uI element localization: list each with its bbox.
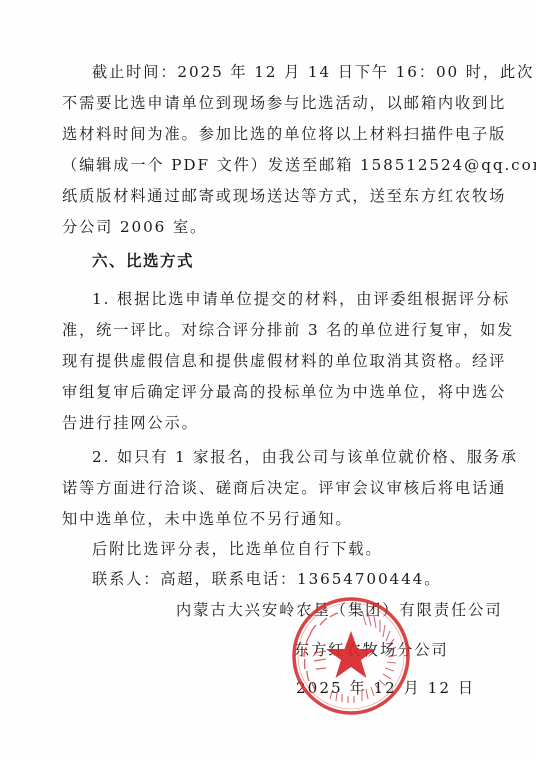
deadline-line-2: 不需要比选申请单位到现场参与比选活动，以邮箱内收到比	[62, 93, 474, 113]
item-1-line-4: 审组复审后确定评分最高的投标单位为中选单位，将中选公	[62, 382, 474, 402]
item-2-line-2: 诺等方面进行洽谈、磋商后决定。评审会议审核后将电话通	[62, 478, 474, 498]
signature-company: 内蒙古大兴安岭农垦（集团）有限责任公司	[176, 600, 503, 620]
deadline-line-5: 纸质版材料通过邮寄或现场送达等方式，送至东方红农牧场	[62, 186, 474, 206]
signature-branch: 东方红农牧场分公司	[294, 640, 449, 660]
signature-date: 2025 年 12 月 12 日	[296, 678, 475, 698]
deadline-line-4: （编辑成一个 PDF 文件）发送至邮箱 158512524@qq.com，	[62, 155, 474, 175]
item-2-line-3: 知中选单位，未中选单位不另行通知。	[62, 509, 474, 529]
attachment-note: 后附比选评分表，比选单位自行下载。	[92, 539, 474, 559]
item-1-line-1: 1. 根据比选申请单位提交的材料，由评委组根据评分标	[92, 289, 474, 309]
deadline-line-6: 分公司 2006 室。	[62, 217, 474, 237]
deadline-line-3: 选材料时间为准。参加比选的单位将以上材料扫描件电子版	[62, 124, 474, 144]
section-heading: 六、比选方式	[92, 251, 194, 271]
document-page: 截止时间：2025 年 12 月 14 日下午 16：00 时，此次比选 不需要…	[0, 0, 536, 761]
item-1-line-2: 准，统一评比。对综合评分排前 3 名的单位进行复审，如发	[62, 320, 474, 340]
item-1-line-5: 告进行挂网公示。	[62, 413, 474, 433]
item-2-line-1: 2. 如只有 1 家报名，由我公司与该单位就价格、服务承	[92, 447, 474, 467]
item-1-line-3: 现有提供虚假信息和提供虚假材料的单位取消其资格。经评	[62, 351, 474, 371]
deadline-line-1: 截止时间：2025 年 12 月 14 日下午 16：00 时，此次比选	[92, 62, 474, 82]
contact-info: 联系人：高超，联系电话：13654700444。	[92, 569, 474, 589]
